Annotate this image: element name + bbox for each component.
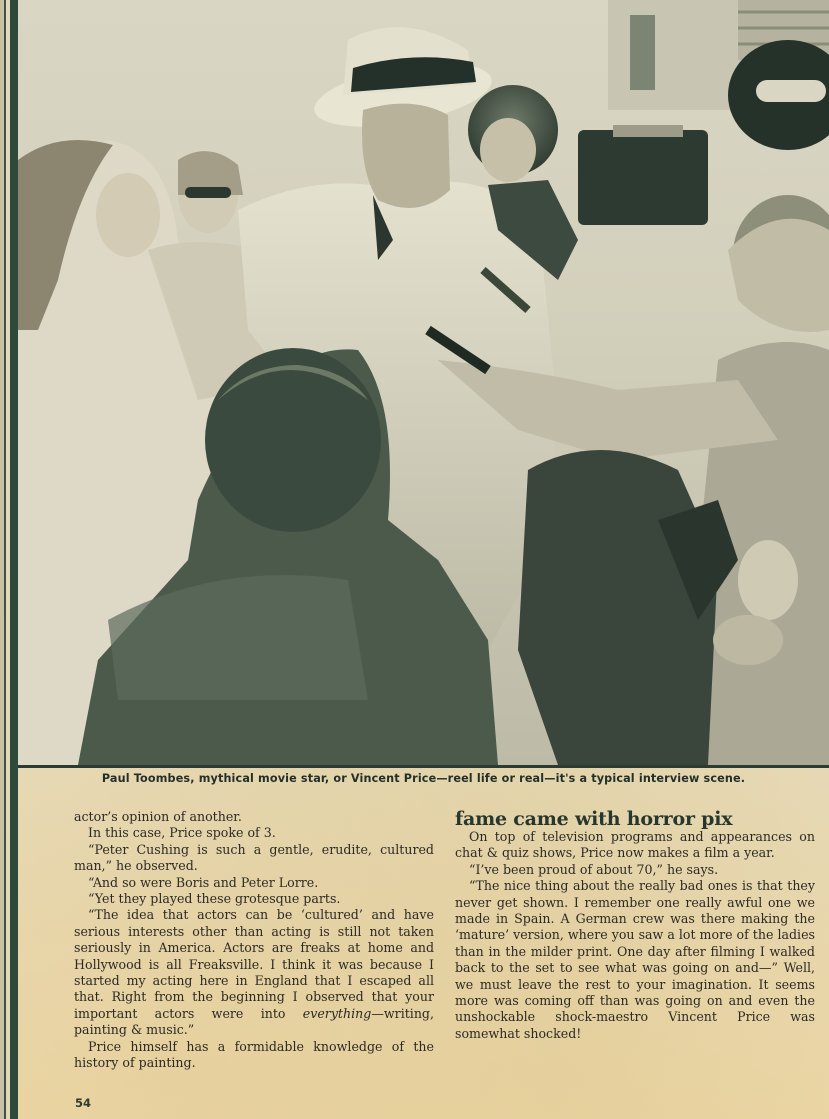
paragraph: In this case, Price spoke of 3.	[74, 825, 434, 841]
page-number: 54	[75, 1096, 91, 1110]
article-column-left: actor’s opinion of another. In this case…	[74, 809, 434, 1072]
emphasis-text: everything	[303, 1006, 372, 1021]
interview-photo	[18, 0, 829, 768]
paragraph: “And so were Boris and Peter Lorre.	[74, 875, 434, 891]
binding-edge-bar	[10, 0, 18, 1119]
binding-edge-line	[4, 0, 6, 1119]
paragraph-text: “The idea that actors can be ‘cultured’ …	[74, 907, 434, 1020]
paragraph: “Peter Cushing is such a gentle, erudite…	[74, 842, 434, 875]
magazine-page: Paul Toombes, mythical movie star, or Vi…	[0, 0, 829, 1119]
paragraph: “Yet they played these grotesque parts.	[74, 891, 434, 907]
paragraph: Price himself has a formidable knowledge…	[74, 1039, 434, 1072]
paragraph-quote: “The idea that actors can be ‘cultured’ …	[74, 907, 434, 1038]
section-heading: fame came with horror pix	[455, 809, 815, 829]
paragraph: On top of television programs and appear…	[455, 829, 815, 862]
article-column-right: fame came with horror pix On top of tele…	[455, 809, 815, 1042]
photo-illustration	[18, 0, 829, 765]
paragraph: actor’s opinion of another.	[74, 809, 434, 825]
photo-caption: Paul Toombes, mythical movie star, or Vi…	[18, 768, 829, 790]
paragraph: “The nice thing about the really bad one…	[455, 878, 815, 1042]
paragraph: “I’ve been proud of about 70,” he says.	[455, 862, 815, 878]
